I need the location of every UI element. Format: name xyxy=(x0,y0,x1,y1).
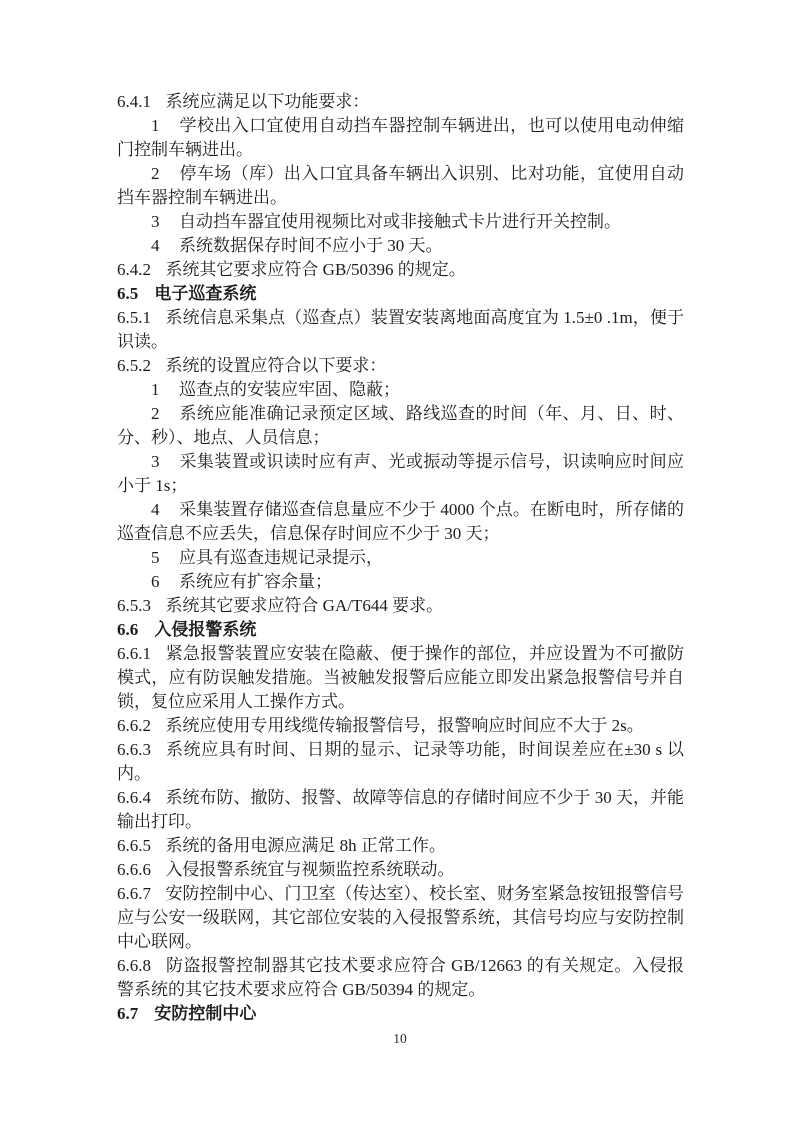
paragraph-text: 系统应满足以下功能要求： xyxy=(165,92,369,111)
paragraph-text: 系统数据保存时间不应小于 30 天。 xyxy=(179,236,443,255)
paragraph-text: 系统应具有时间、日期的显示、记录等功能，时间误差应在±30 s 以内。 xyxy=(117,740,684,783)
paragraph-text: 入侵报警系统 xyxy=(154,620,256,639)
paragraph-text: 应具有巡查违规记录提示， xyxy=(179,548,383,567)
paragraph-text: 采集装置存储巡查信息量应不少于 4000 个点。在断电时，所存储的巡查信息不应丢… xyxy=(117,500,684,543)
clause-number: 6.5.2 xyxy=(117,356,151,375)
paragraph-text: 停车场（库）出入口宜具备车辆出入识别、比对功能，宜使用自动挡车器控制车辆进出。 xyxy=(117,164,684,207)
clause-number: 2 xyxy=(151,164,160,183)
clause-number: 6.6.2 xyxy=(117,716,151,735)
section-number: 6.7 xyxy=(117,1004,138,1023)
clause-paragraph: 6.6.6入侵报警系统宜与视频监控系统联动。 xyxy=(117,858,684,882)
document-page: 6.4.1系统应满足以下功能要求：1学校出入口宜使用自动挡车器控制车辆进出，也可… xyxy=(0,0,800,1131)
clause-number: 1 xyxy=(151,116,160,135)
paragraph-text: 系统信息采集点（巡查点）装置安装离地面高度宜为 1.5±0 .1m，便于识读。 xyxy=(117,308,684,351)
clause-number: 6.5.1 xyxy=(117,308,151,327)
paragraph-text: 安防控制中心、门卫室（传达室）、校长室、财务室紧急按钮报警信号应与公安一级联网，… xyxy=(117,884,684,951)
clause-number: 6.6.5 xyxy=(117,836,151,855)
paragraph-text: 巡查点的安装应牢固、隐蔽； xyxy=(179,380,400,399)
paragraph-text: 系统的备用电源应满足 8h 正常工作。 xyxy=(165,836,446,855)
clause-number: 6.4.1 xyxy=(117,92,151,111)
list-item-paragraph: 3采集装置或识读时应有声、光或振动等提示信号，识读响应时间应小于 1s； xyxy=(117,450,684,498)
clause-number: 3 xyxy=(151,212,160,231)
paragraph-text: 安防控制中心 xyxy=(154,1004,256,1023)
paragraph-text: 采集装置或识读时应有声、光或振动等提示信号，识读响应时间应小于 1s； xyxy=(117,452,684,495)
section-heading: 6.5电子巡查系统 xyxy=(117,282,684,306)
list-item-paragraph: 5应具有巡查违规记录提示， xyxy=(117,546,684,570)
clause-number: 6.5.3 xyxy=(117,596,151,615)
section-heading: 6.6入侵报警系统 xyxy=(117,618,684,642)
clause-number: 2 xyxy=(151,404,160,423)
section-number: 6.5 xyxy=(117,284,138,303)
paragraph-text: 系统应使用专用线缆传输报警信号，报警响应时间应不大于 2s。 xyxy=(165,716,643,735)
paragraph-text: 防盗报警控制器其它技术要求应符合 GB/12663 的有关规定。入侵报警系统的其… xyxy=(117,956,684,999)
list-item-paragraph: 3自动挡车器宜使用视频比对或非接触式卡片进行开关控制。 xyxy=(117,210,684,234)
paragraph-text: 电子巡查系统 xyxy=(154,284,256,303)
list-item-paragraph: 4采集装置存储巡查信息量应不少于 4000 个点。在断电时，所存储的巡查信息不应… xyxy=(117,498,684,546)
clause-paragraph: 6.6.1紧急报警装置应安装在隐蔽、便于操作的部位，并应设置为不可撤防模式，应有… xyxy=(117,642,684,714)
clause-number: 6.6.7 xyxy=(117,884,151,903)
clause-number: 6 xyxy=(151,572,160,591)
clause-number: 6.6.3 xyxy=(117,740,151,759)
section-heading: 6.7安防控制中心 xyxy=(117,1002,684,1026)
list-item-paragraph: 2系统应能准确记录预定区域、路线巡查的时间（年、月、日、时、分、秒）、地点、人员… xyxy=(117,402,684,450)
list-item-paragraph: 1学校出入口宜使用自动挡车器控制车辆进出，也可以使用电动伸缩门控制车辆进出。 xyxy=(117,114,684,162)
clause-paragraph: 6.5.1系统信息采集点（巡查点）装置安装离地面高度宜为 1.5±0 .1m，便… xyxy=(117,306,684,354)
clause-number: 6.6.8 xyxy=(117,956,151,975)
page-number: 10 xyxy=(393,1031,407,1046)
clause-number: 6.6.6 xyxy=(117,860,151,879)
paragraph-text: 系统的设置应符合以下要求： xyxy=(165,356,386,375)
paragraph-text: 系统应有扩容余量； xyxy=(179,572,332,591)
clause-number: 5 xyxy=(151,548,160,567)
list-item-paragraph: 4系统数据保存时间不应小于 30 天。 xyxy=(117,234,684,258)
clause-paragraph: 6.5.2系统的设置应符合以下要求： xyxy=(117,354,684,378)
clause-number: 4 xyxy=(151,500,160,519)
paragraph-text: 系统布防、撤防、报警、故障等信息的存储时间应不少于 30 天，并能输出打印。 xyxy=(117,788,684,831)
paragraph-text: 系统其它要求应符合 GB/50396 的规定。 xyxy=(165,260,465,279)
document-body: 6.4.1系统应满足以下功能要求：1学校出入口宜使用自动挡车器控制车辆进出，也可… xyxy=(117,90,684,1026)
paragraph-text: 学校出入口宜使用自动挡车器控制车辆进出，也可以使用电动伸缩门控制车辆进出。 xyxy=(117,116,684,159)
page-footer: 10 xyxy=(0,1030,800,1048)
paragraph-text: 自动挡车器宜使用视频比对或非接触式卡片进行开关控制。 xyxy=(179,212,621,231)
paragraph-text: 入侵报警系统宜与视频监控系统联动。 xyxy=(165,860,454,879)
clause-paragraph: 6.6.3系统应具有时间、日期的显示、记录等功能，时间误差应在±30 s 以内。 xyxy=(117,738,684,786)
clause-paragraph: 6.6.2系统应使用专用线缆传输报警信号，报警响应时间应不大于 2s。 xyxy=(117,714,684,738)
clause-number: 3 xyxy=(151,452,160,471)
list-item-paragraph: 2停车场（库）出入口宜具备车辆出入识别、比对功能，宜使用自动挡车器控制车辆进出。 xyxy=(117,162,684,210)
clause-number: 6.4.2 xyxy=(117,260,151,279)
section-number: 6.6 xyxy=(117,620,138,639)
clause-paragraph: 6.4.1系统应满足以下功能要求： xyxy=(117,90,684,114)
clause-paragraph: 6.6.8防盗报警控制器其它技术要求应符合 GB/12663 的有关规定。入侵报… xyxy=(117,954,684,1002)
list-item-paragraph: 1巡查点的安装应牢固、隐蔽； xyxy=(117,378,684,402)
clause-paragraph: 6.6.7安防控制中心、门卫室（传达室）、校长室、财务室紧急按钮报警信号应与公安… xyxy=(117,882,684,954)
paragraph-text: 系统应能准确记录预定区域、路线巡查的时间（年、月、日、时、分、秒）、地点、人员信… xyxy=(117,404,684,447)
clause-paragraph: 6.6.5系统的备用电源应满足 8h 正常工作。 xyxy=(117,834,684,858)
clause-paragraph: 6.6.4系统布防、撤防、报警、故障等信息的存储时间应不少于 30 天，并能输出… xyxy=(117,786,684,834)
clause-paragraph: 6.4.2系统其它要求应符合 GB/50396 的规定。 xyxy=(117,258,684,282)
paragraph-text: 紧急报警装置应安装在隐蔽、便于操作的部位，并应设置为不可撤防模式，应有防误触发措… xyxy=(117,644,684,711)
clause-number: 6.6.4 xyxy=(117,788,151,807)
clause-number: 4 xyxy=(151,236,160,255)
clause-number: 6.6.1 xyxy=(117,644,151,663)
list-item-paragraph: 6系统应有扩容余量； xyxy=(117,570,684,594)
clause-number: 1 xyxy=(151,380,160,399)
clause-paragraph: 6.5.3系统其它要求应符合 GA/T644 要求。 xyxy=(117,594,684,618)
paragraph-text: 系统其它要求应符合 GA/T644 要求。 xyxy=(165,596,443,615)
